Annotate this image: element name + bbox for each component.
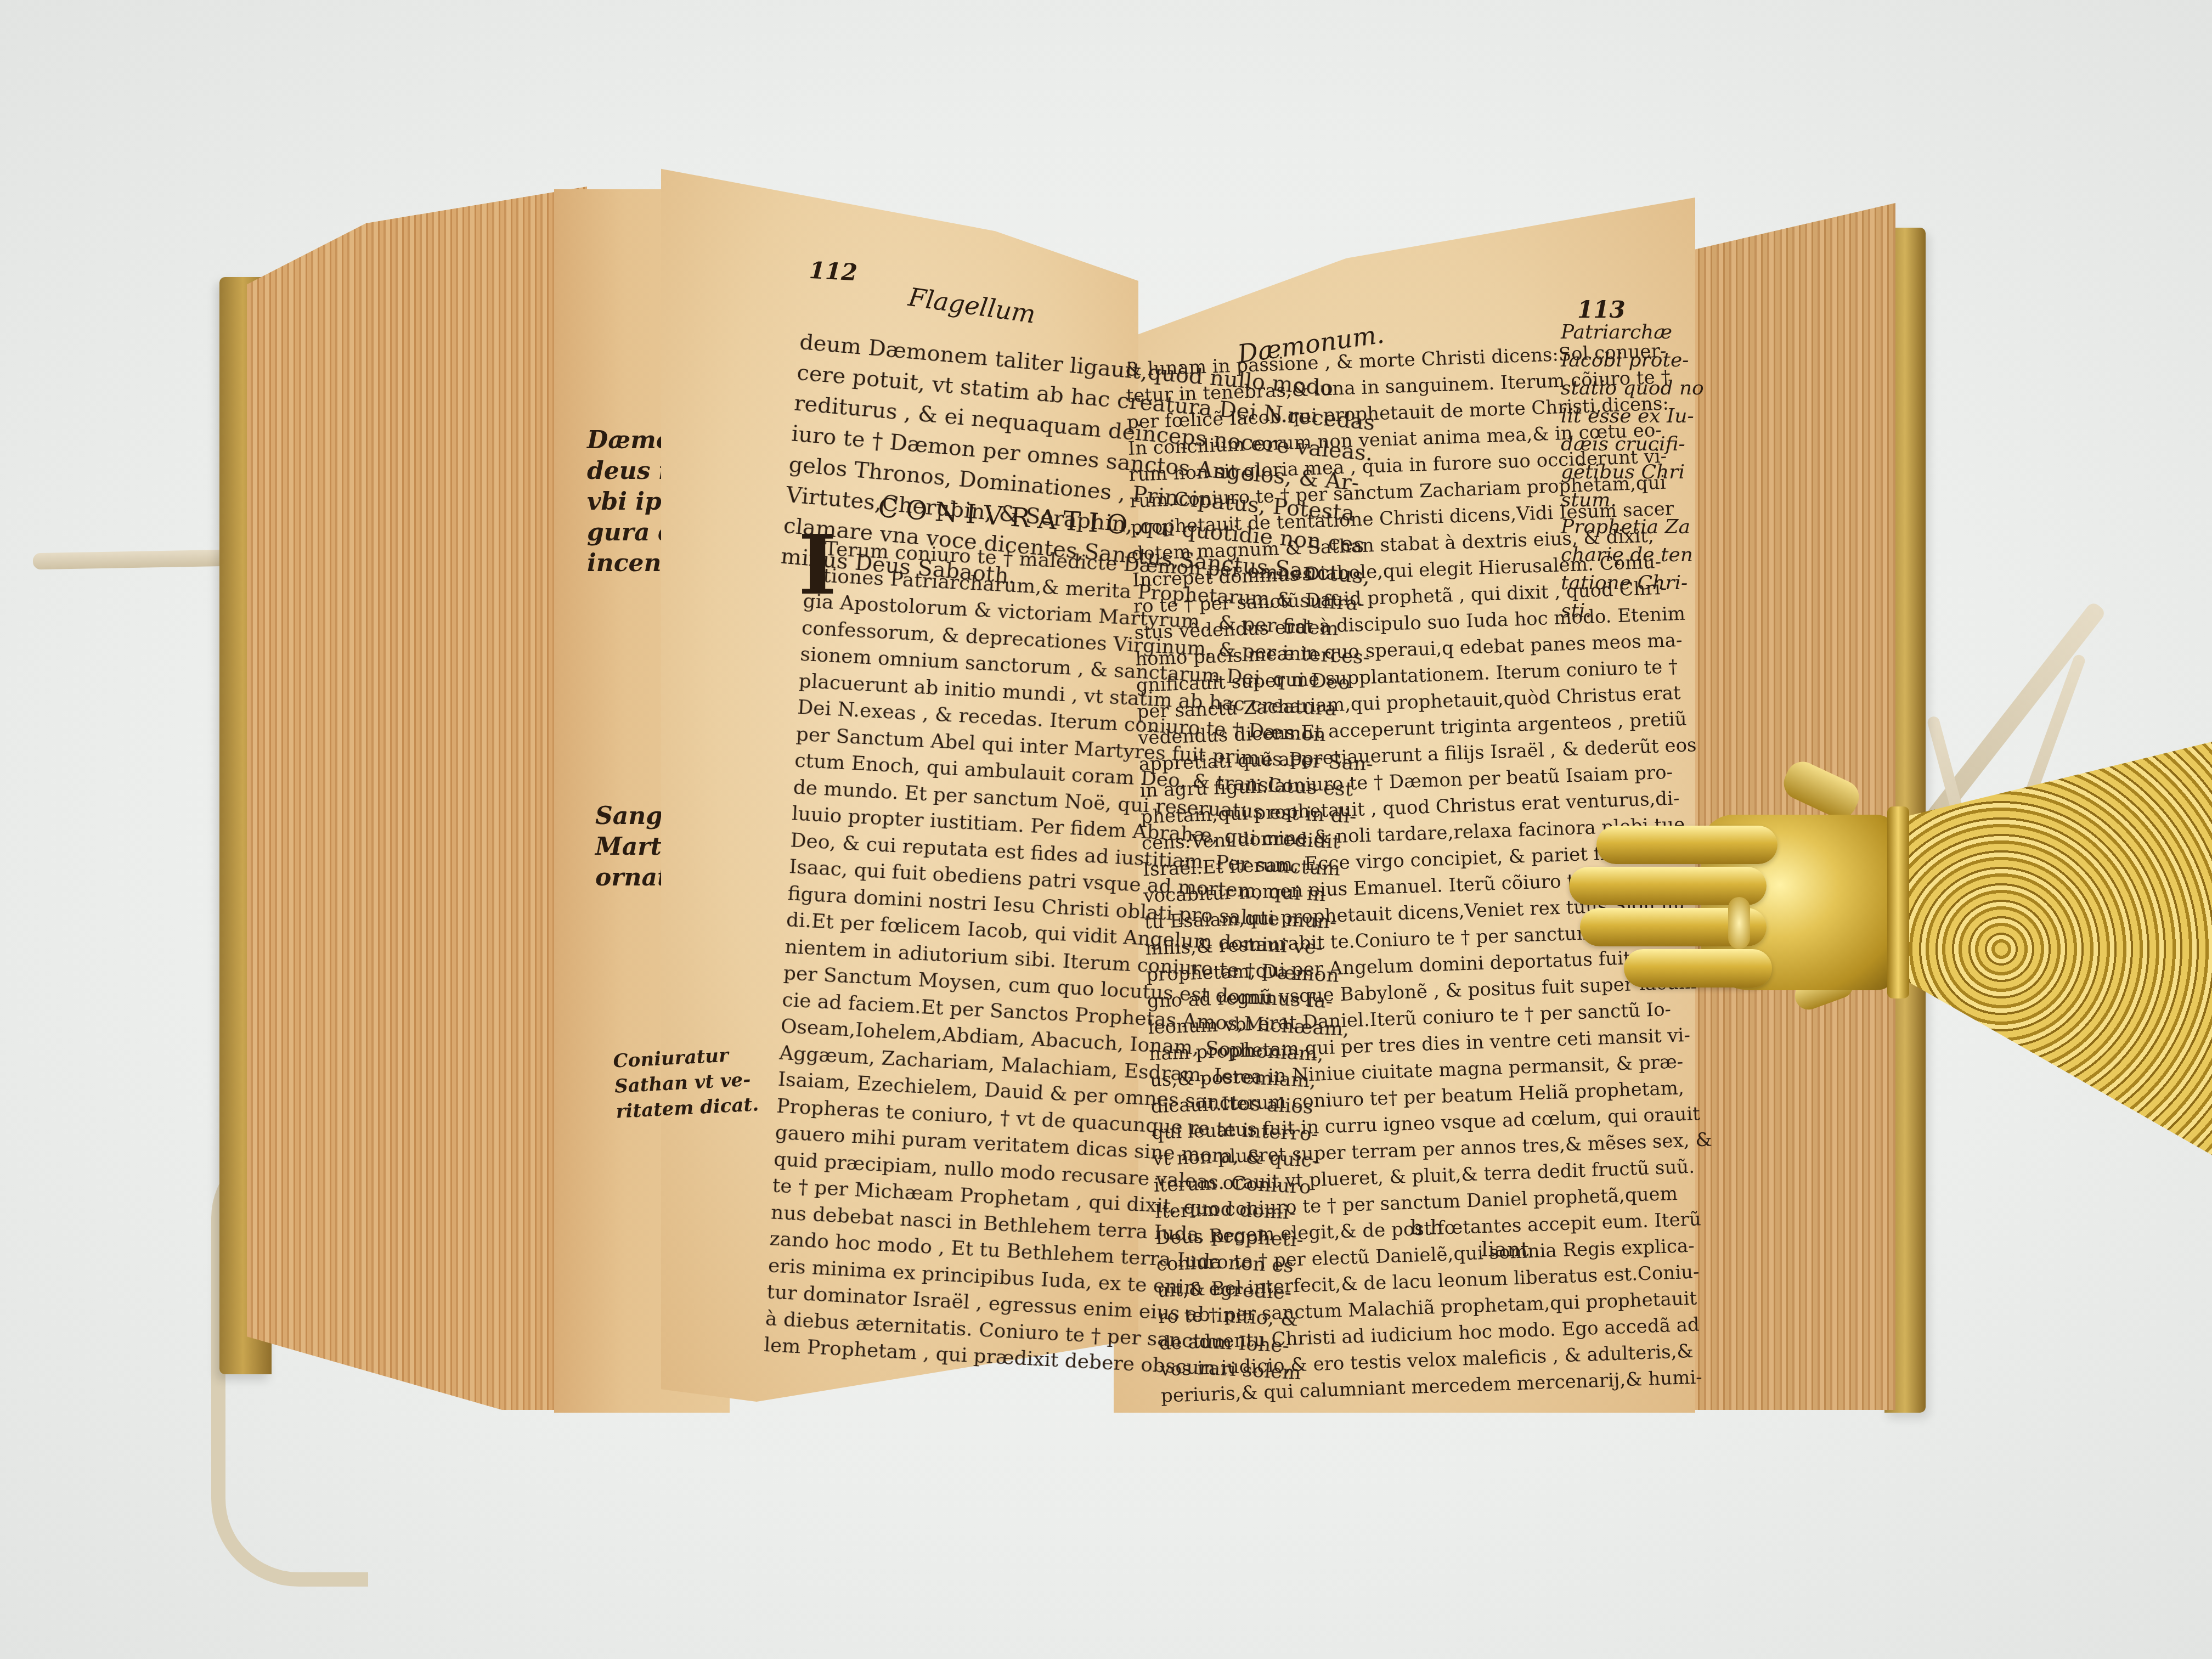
hand-finger-index — [1596, 826, 1778, 864]
page-edges-left — [247, 187, 587, 1410]
signature-mark: h h — [1410, 1215, 1443, 1239]
margin-note-patriarchae: Patriarchæ Iacobi prote- statio quod no … — [1561, 318, 1704, 514]
hand-cuff — [1887, 806, 1909, 998]
margin-note-prophetia: Prophetia Za charię de ten tatione Chri-… — [1561, 513, 1693, 625]
leather-tie-left — [33, 550, 230, 569]
catchword: liant — [1481, 1237, 1529, 1261]
hand-finger-little — [1624, 949, 1772, 988]
brass-hand-bookmark — [1564, 793, 1964, 1001]
margin-note-coniuratur: Coniuratur Sathan vt ve- ritatem dicat. — [613, 1041, 760, 1124]
photo-scene: Dæmon deus in l vbi ipsi gura de incenda… — [0, 0, 2212, 1659]
ring-ornament — [1728, 897, 1750, 949]
page-number-verso: 112 — [809, 257, 858, 286]
